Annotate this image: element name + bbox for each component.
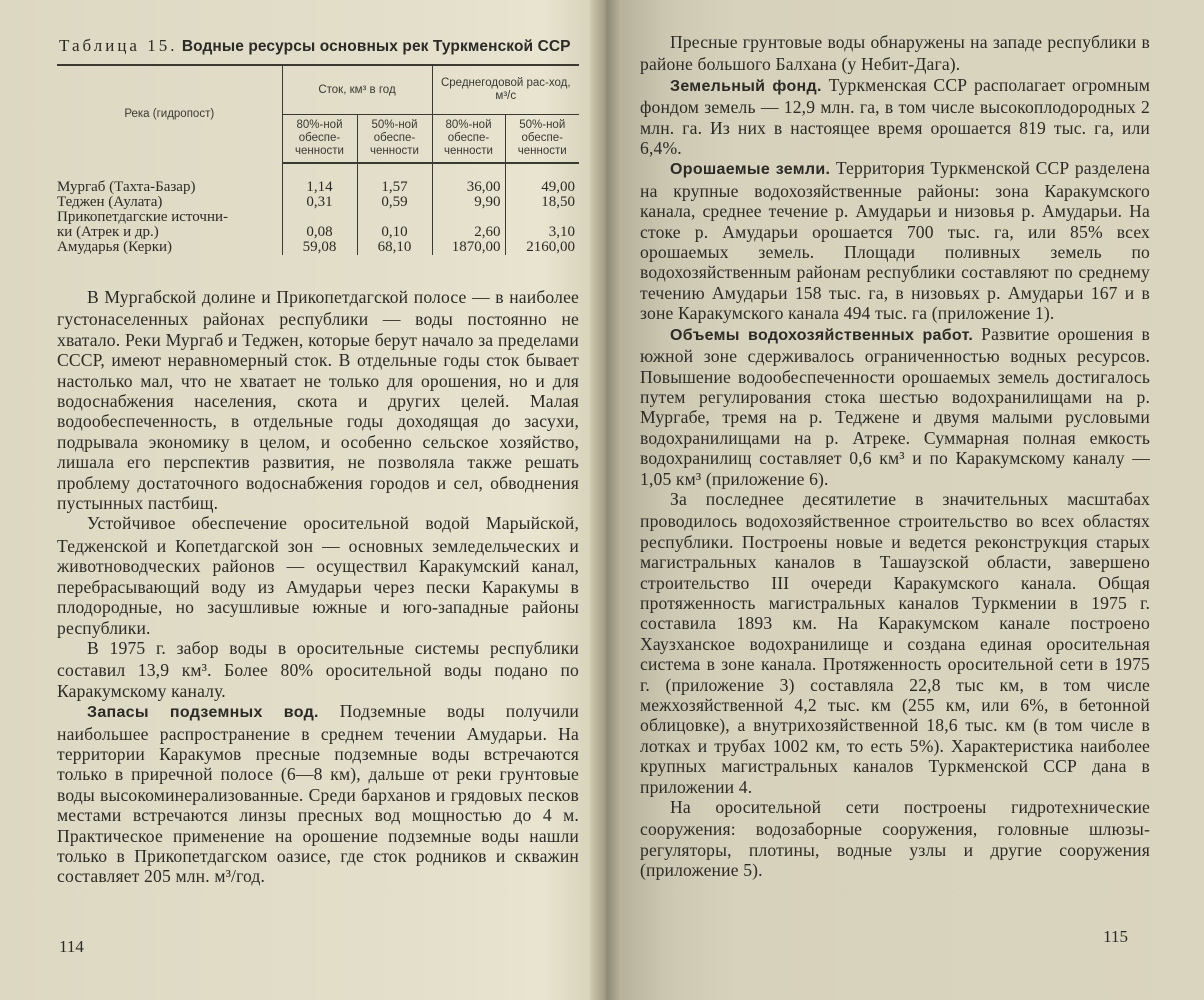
table-label: Таблица 15. — [59, 36, 177, 55]
paragraph: Пресные грунтовые воды обнаружены на зап… — [640, 32, 1150, 75]
book-gutter — [590, 0, 622, 1000]
section-heading: Орошаемые земли. — [670, 161, 830, 178]
paragraph-water-works: Объемы водохозяйственных работ. Развитие… — [640, 324, 1150, 489]
col-header-flow50: 50%-ной обеспе-ченности — [357, 115, 432, 164]
paragraph: В Мургабской долине и Прикопетдагской по… — [57, 287, 579, 513]
right-page: Пресные грунтовые воды обнаружены на зап… — [622, 0, 1204, 1000]
left-page: Таблица 15. Водные ресурсы основных рек … — [0, 0, 590, 1000]
section-heading: Земельный фонд. — [670, 78, 822, 95]
col-group-flow: Сток, км³ в год — [282, 65, 432, 115]
paragraph: На оросительной сети построены гидротехн… — [640, 797, 1150, 881]
paragraph-irrigated-land: Орошаемые земли. Территория Туркменской … — [640, 158, 1150, 323]
paragraph-groundwater: Запасы подземных вод. Подземные воды пол… — [57, 701, 579, 887]
table-row: Мургаб (Тахта-Базар) 1,14 1,57 36,00 49,… — [57, 180, 579, 195]
col-header-flow80: 80%-ной обеспе-ченности — [282, 115, 357, 164]
water-resources-table: Река (гидропост) Сток, км³ в год Среднег… — [57, 64, 579, 255]
col-header-rate50: 50%-ной обеспе-ченности — [505, 115, 579, 164]
right-page-content: Пресные грунтовые воды обнаружены на зап… — [640, 32, 1150, 881]
paragraph: Устойчивое обеспечение оросительной водо… — [57, 513, 579, 637]
table-row: Амударья (Керки) 59,08 68,10 1870,00 216… — [57, 240, 579, 255]
col-group-rate: Среднегодовой рас-ход, м³/с — [432, 65, 579, 115]
book-spread: Таблица 15. Водные ресурсы основных рек … — [0, 0, 1204, 1000]
col-header-rate80: 80%-ной обеспе-ченности — [432, 115, 505, 164]
table-heading: Водные ресурсы основных рек Туркменской … — [182, 38, 571, 55]
paragraph: В 1975 г. забор воды в оросительные сист… — [57, 638, 579, 701]
table-row: Теджен (Аулата) 0,31 0,59 9,90 18,50 — [57, 195, 579, 210]
page-number: 115 — [1103, 927, 1128, 947]
page-number: 114 — [59, 937, 84, 957]
table-title: Таблица 15. Водные ресурсы основных рек … — [59, 36, 579, 56]
left-page-content: Таблица 15. Водные ресурсы основных рек … — [57, 36, 579, 887]
paragraph-land-fund: Земельный фонд. Туркменская ССР располаг… — [640, 75, 1150, 159]
section-heading: Запасы подземных вод. — [87, 704, 319, 721]
paragraph: За последнее десятилетие в значительных … — [640, 489, 1150, 797]
table-row: ки (Атрек и др.) 0,08 0,10 2,60 3,10 — [57, 225, 579, 240]
col-header-river: Река (гидропост) — [57, 65, 282, 163]
section-heading: Объемы водохозяйственных работ. — [670, 327, 973, 344]
table-row: Прикопетдагские источни- — [57, 210, 579, 225]
